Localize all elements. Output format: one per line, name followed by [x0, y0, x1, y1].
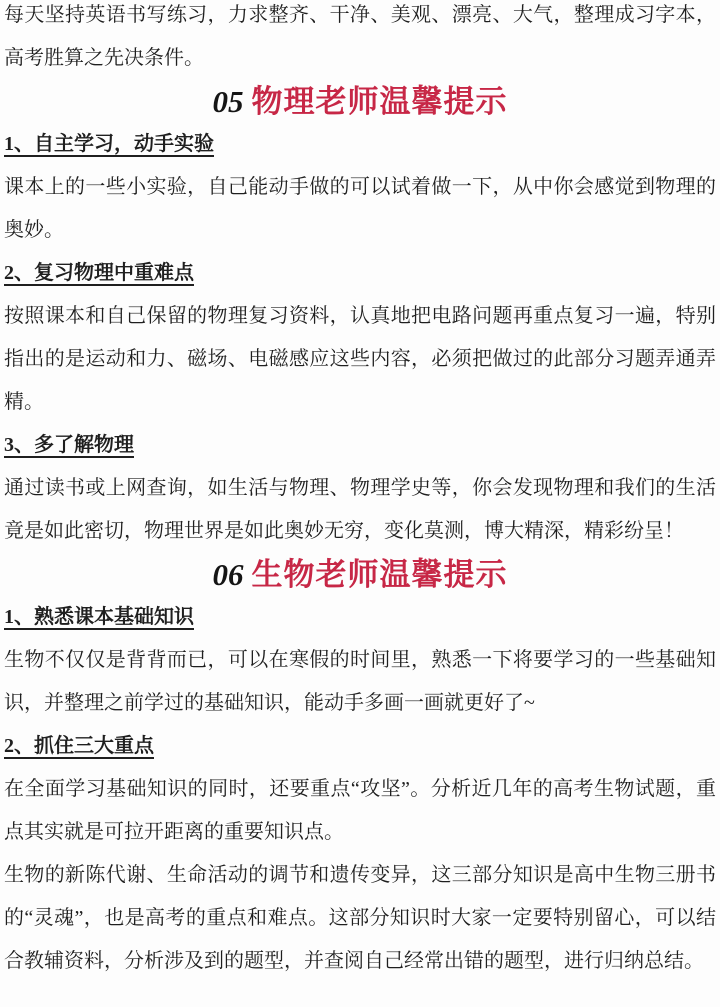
physics-tip-2-heading: 2、复习物理中重难点 — [4, 252, 716, 295]
physics-tip-1-body: 课本上的一些小实验，自己能动手做的可以试着做一下，从中你会感觉到物理的奥妙。 — [4, 166, 716, 252]
biology-tip-1-heading: 1、熟悉课本基础知识 — [4, 596, 716, 639]
biology-tip-2-body: 在全面学习基础知识的同时，还要重点“攻坚”。分析近几年的高考生物试题，重点其实就… — [4, 768, 716, 854]
section-05-title-text: 物理老师温馨提示 — [252, 84, 508, 119]
biology-tip-2-body-continued: 生物的新陈代谢、生命活动的调节和遗传变异，这三部分知识是高中生物三册书的“灵魂”… — [4, 854, 716, 983]
physics-tip-3-body: 通过读书或上网查询，如生活与物理、物理学史等，你会发现物理和我们的生活竟是如此密… — [4, 467, 716, 553]
section-05-number: 05 — [213, 84, 252, 119]
intro-paragraph: 每天坚持英语书写练习，力求整齐、干净、美观、漂亮、大气，整理成习字本，高考胜算之… — [4, 0, 716, 80]
section-05-heading: 05物理老师温馨提示 — [4, 80, 716, 123]
document-page: 每天坚持英语书写练习，力求整齐、干净、美观、漂亮、大气，整理成习字本，高考胜算之… — [0, 0, 720, 983]
section-06-title-text: 生物老师温馨提示 — [252, 557, 508, 592]
biology-tip-1-body: 生物不仅仅是背背而已，可以在寒假的时间里，熟悉一下将要学习的一些基础知识，并整理… — [4, 639, 716, 725]
biology-tip-2-heading: 2、抓住三大重点 — [4, 725, 716, 768]
physics-tip-1-heading: 1、自主学习，动手实验 — [4, 123, 716, 166]
physics-tip-2-body: 按照课本和自己保留的物理复习资料，认真地把电路问题再重点复习一遍，特别指出的是运… — [4, 295, 716, 424]
physics-tip-3-heading: 3、多了解物理 — [4, 424, 716, 467]
section-06-heading: 06生物老师温馨提示 — [4, 553, 716, 596]
section-06-number: 06 — [213, 557, 252, 592]
